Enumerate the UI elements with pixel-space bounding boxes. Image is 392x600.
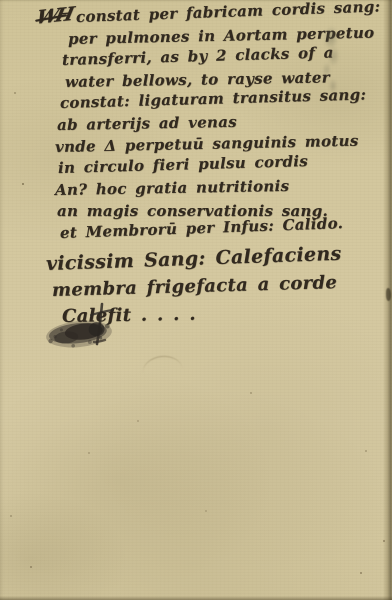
ink-blot bbox=[42, 298, 128, 356]
page-edge-left bbox=[0, 0, 4, 600]
edge-ink-nick bbox=[386, 288, 391, 301]
page-edge-bottom bbox=[0, 596, 392, 600]
manuscript-page: WH constat per fabricam cordis sang: per… bbox=[0, 0, 392, 600]
stain-mark-small bbox=[326, 74, 340, 100]
faint-pencil-arc bbox=[141, 354, 182, 373]
page-edge-top bbox=[0, 0, 392, 2]
